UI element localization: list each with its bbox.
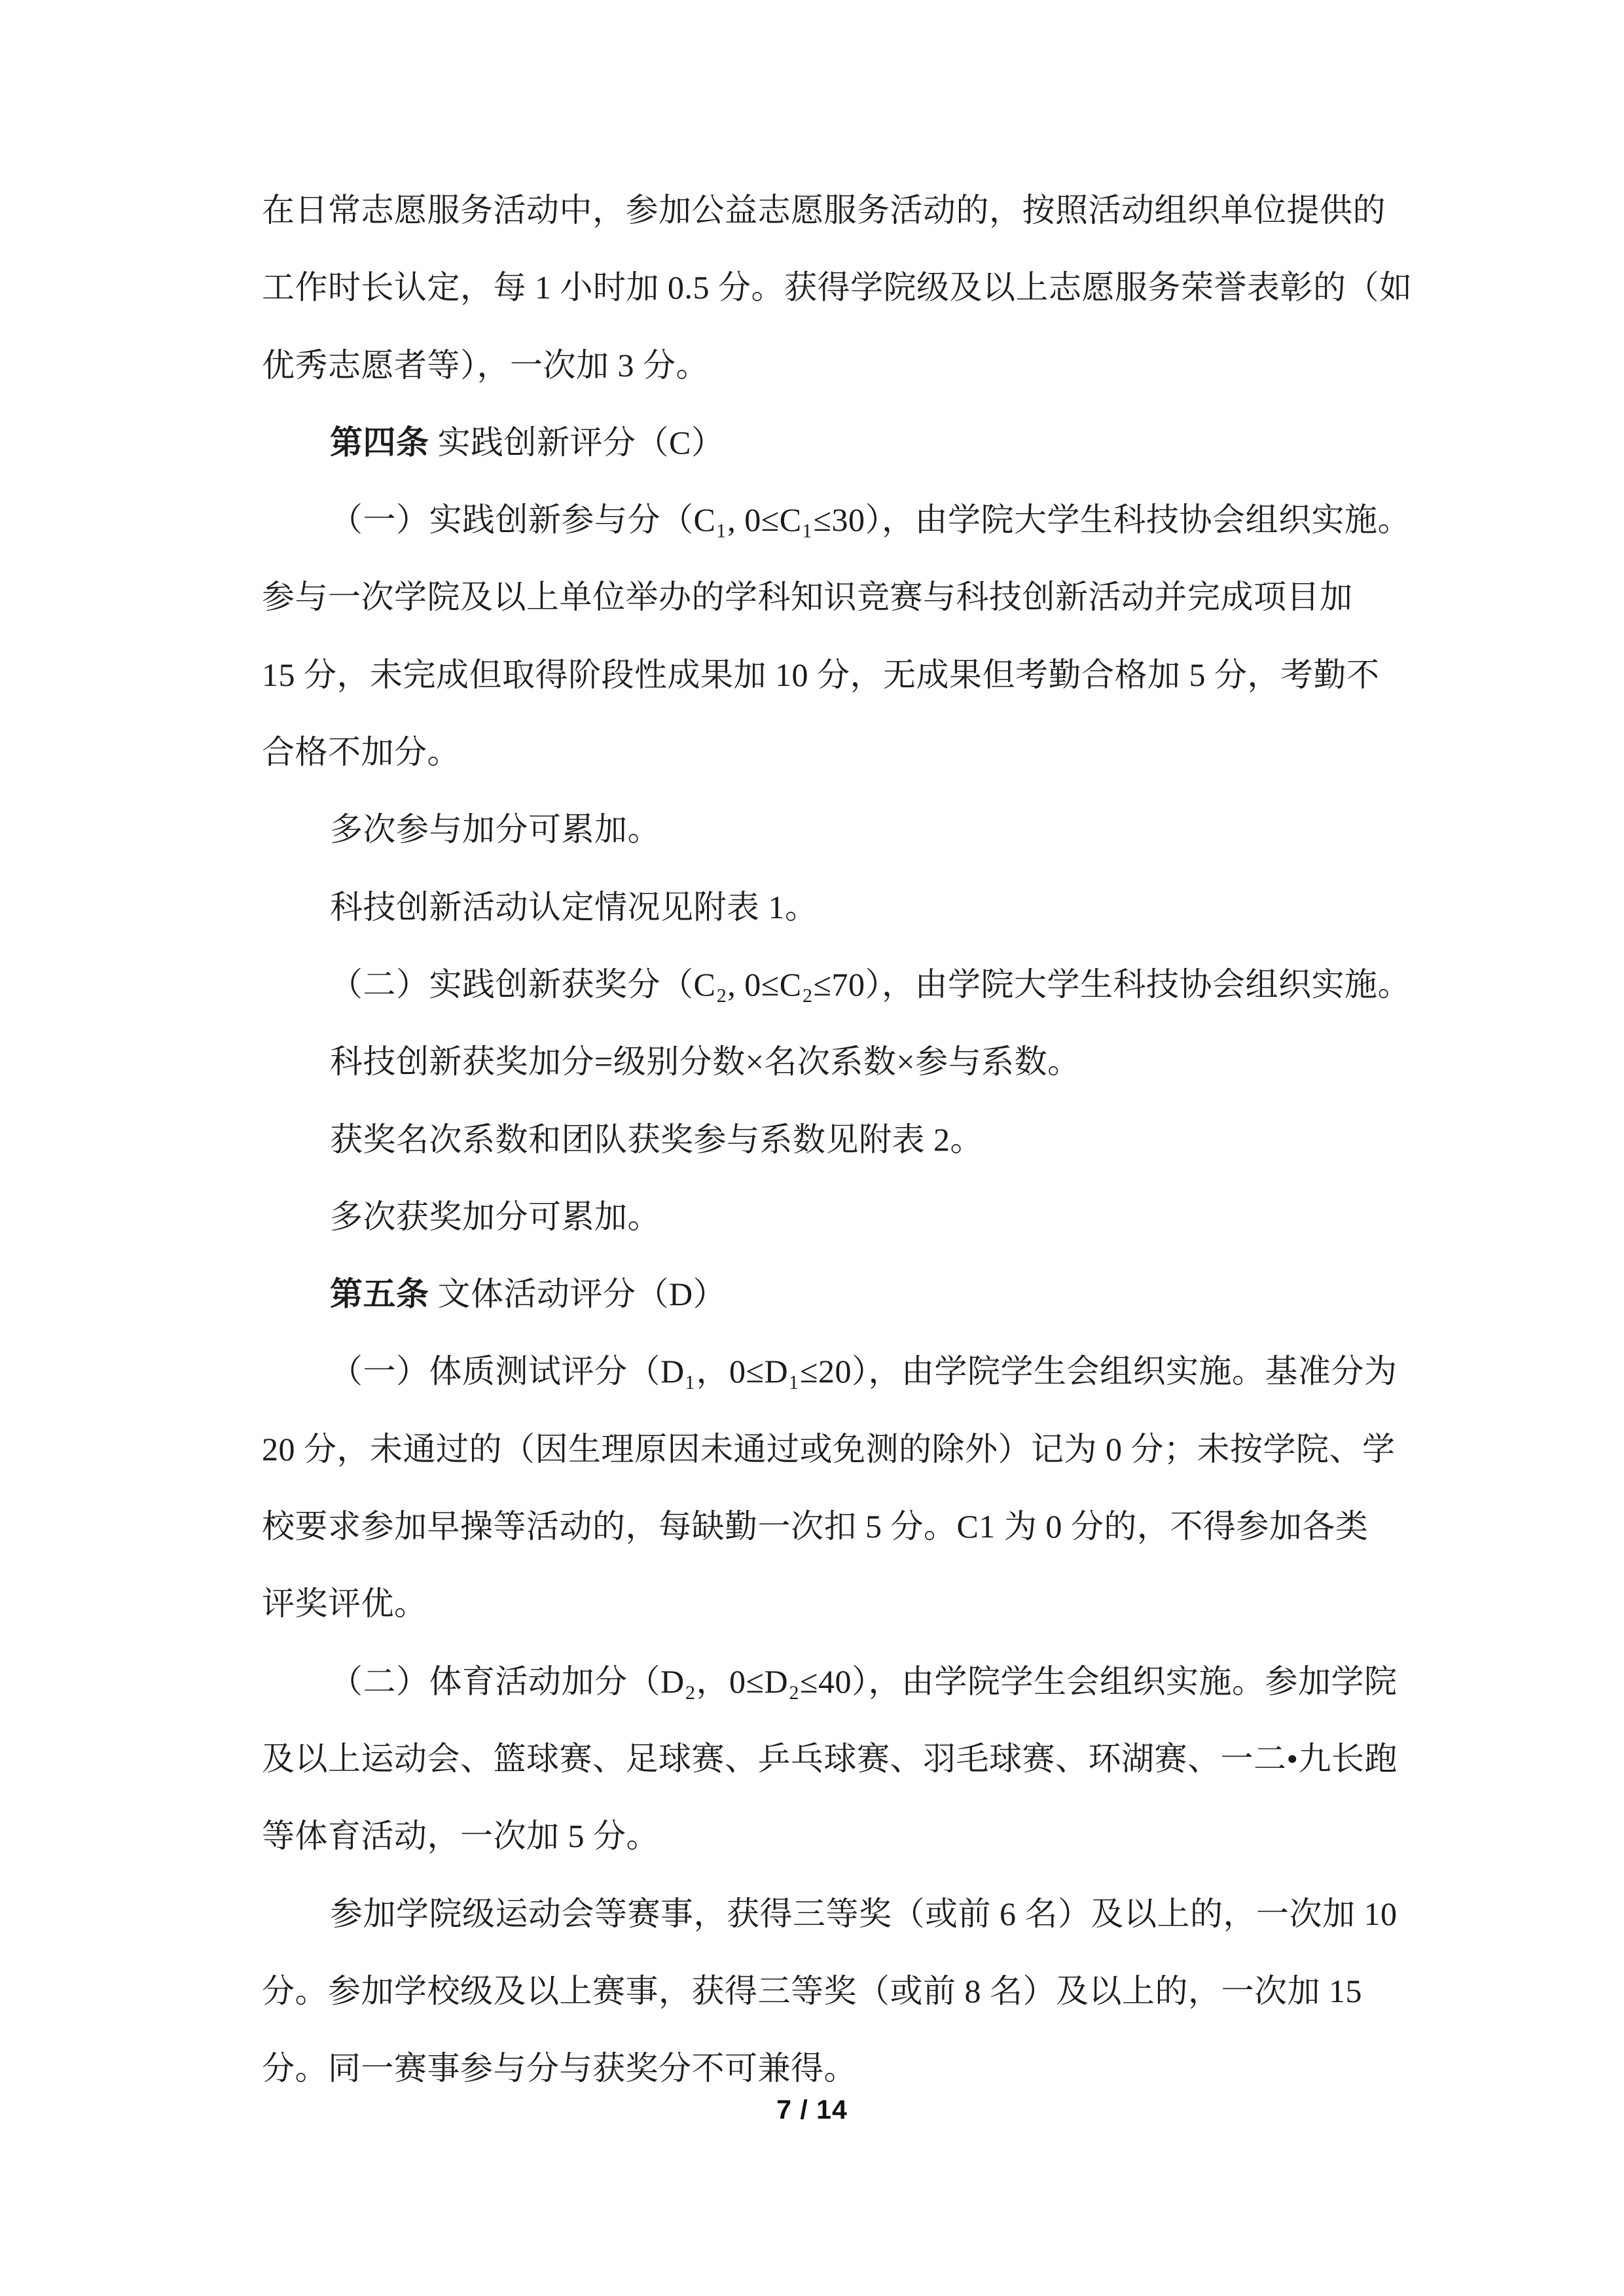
text-segment: （一）实践创新参与分（C₁, 0≤C₁≤30），由学院大学生科技协会组织实施。 xyxy=(330,501,1411,538)
text-segment: 参与一次学院及以上单位举办的学科知识竞赛与科技创新活动并完成项目加 xyxy=(262,579,1353,615)
article-heading-label: 第四条 xyxy=(330,424,429,461)
text-segment: 评奖评优。 xyxy=(262,1585,427,1622)
text-line: 获奖名次系数和团队获奖参与系数见附表 2。 xyxy=(262,1101,1375,1178)
text-line: 在日常志愿服务活动中，参加公益志愿服务活动的，按照活动组织单位提供的 xyxy=(262,171,1375,249)
text-segment: 参加学院级运动会等赛事，获得三等奖（或前 6 名）及以上的，一次加 10 xyxy=(330,1895,1398,1932)
text-segment: 实践创新评分（C） xyxy=(429,424,725,461)
text-segment: 在日常志愿服务活动中，参加公益志愿服务活动的，按照活动组织单位提供的 xyxy=(262,192,1386,228)
text-segment: （二）体育活动加分（D₂，0≤D₂≤40），由学院学生会组织实施。参加学院 xyxy=(330,1663,1397,1700)
text-line: （二）实践创新获奖分（C₂, 0≤C₂≤70），由学院大学生科技协会组织实施。 xyxy=(262,946,1375,1023)
text-segment: 优秀志愿者等），一次加 3 分。 xyxy=(262,347,709,384)
text-line: 校要求参加早操等活动的，每缺勤一次扣 5 分。C1 为 0 分的，不得参加各类 xyxy=(262,1488,1375,1565)
text-segment: 工作时长认定，每 1 小时加 0.5 分。获得学院级及以上志愿服务荣誉表彰的（如 xyxy=(262,269,1413,306)
text-segment: 科技创新活动认定情况见附表 1。 xyxy=(330,889,818,925)
text-segment: （一）体质测试评分（D₁，0≤D₁≤20），由学院学生会组织实施。基准分为 xyxy=(330,1353,1397,1390)
text-line: （二）体育活动加分（D₂，0≤D₂≤40），由学院学生会组织实施。参加学院 xyxy=(262,1643,1375,1720)
text-line: 第四条 实践创新评分（C） xyxy=(262,404,1375,481)
text-line: 等体育活动，一次加 5 分。 xyxy=(262,1797,1375,1874)
text-segment: 文体活动评分（D） xyxy=(429,1276,727,1312)
text-segment: 分。同一赛事参与分与获奖分不可兼得。 xyxy=(262,2050,857,2087)
text-line: 工作时长认定，每 1 小时加 0.5 分。获得学院级及以上志愿服务荣誉表彰的（如 xyxy=(262,249,1375,326)
document-page: 在日常志愿服务活动中，参加公益志愿服务活动的，按照活动组织单位提供的工作时长认定… xyxy=(0,0,1624,2296)
text-line: 科技创新获奖加分=级别分数×名次系数×参与系数。 xyxy=(262,1023,1375,1100)
text-line: （一）实践创新参与分（C₁, 0≤C₁≤30），由学院大学生科技协会组织实施。 xyxy=(262,481,1375,558)
text-segment: 15 分，未完成但取得阶段性成果加 10 分，无成果但考勤合格加 5 分，考勤不 xyxy=(262,656,1380,693)
text-segment: 合格不加分。 xyxy=(262,734,460,770)
text-line: 参加学院级运动会等赛事，获得三等奖（或前 6 名）及以上的，一次加 10 xyxy=(262,1875,1375,1952)
text-segment: 20 分，未通过的（因生理原因未通过或免测的除外）记为 0 分；未按学院、学 xyxy=(262,1431,1396,1467)
text-line: 参与一次学院及以上单位举办的学科知识竞赛与科技创新活动并完成项目加 xyxy=(262,558,1375,636)
text-segment: 等体育活动，一次加 5 分。 xyxy=(262,1818,659,1854)
article-heading-label: 第五条 xyxy=(330,1276,429,1312)
text-line: 多次获奖加分可累加。 xyxy=(262,1178,1375,1255)
text-line: 合格不加分。 xyxy=(262,713,1375,791)
text-line: （一）体质测试评分（D₁，0≤D₁≤20），由学院学生会组织实施。基准分为 xyxy=(262,1333,1375,1410)
page-number-footer: 7 / 14 xyxy=(0,2093,1624,2126)
text-line: 及以上运动会、篮球赛、足球赛、乒乓球赛、羽毛球赛、环湖赛、一二•九长跑 xyxy=(262,1720,1375,1797)
text-line: 评奖评优。 xyxy=(262,1565,1375,1642)
text-line: 第五条 文体活动评分（D） xyxy=(262,1255,1375,1333)
text-line: 20 分，未通过的（因生理原因未通过或免测的除外）记为 0 分；未按学院、学 xyxy=(262,1410,1375,1488)
text-segment: （二）实践创新获奖分（C₂, 0≤C₂≤70），由学院大学生科技协会组织实施。 xyxy=(330,966,1411,1003)
text-line: 分。参加学校级及以上赛事，获得三等奖（或前 8 名）及以上的，一次加 15 xyxy=(262,1952,1375,2030)
text-line: 多次参与加分可累加。 xyxy=(262,791,1375,868)
text-segment: 分。参加学校级及以上赛事，获得三等奖（或前 8 名）及以上的，一次加 15 xyxy=(262,1973,1362,2009)
document-body: 在日常志愿服务活动中，参加公益志愿服务活动的，按照活动组织单位提供的工作时长认定… xyxy=(262,171,1375,2107)
text-segment: 校要求参加早操等活动的，每缺勤一次扣 5 分。C1 为 0 分的，不得参加各类 xyxy=(262,1508,1368,1545)
text-segment: 获奖名次系数和团队获奖参与系数见附表 2。 xyxy=(330,1121,983,1158)
text-line: 科技创新活动认定情况见附表 1。 xyxy=(262,869,1375,946)
text-line: 15 分，未完成但取得阶段性成果加 10 分，无成果但考勤合格加 5 分，考勤不 xyxy=(262,636,1375,713)
text-segment: 及以上运动会、篮球赛、足球赛、乒乓球赛、羽毛球赛、环湖赛、一二•九长跑 xyxy=(262,1740,1398,1777)
text-segment: 多次获奖加分可累加。 xyxy=(330,1198,660,1235)
text-line: 优秀志愿者等），一次加 3 分。 xyxy=(262,327,1375,404)
text-segment: 科技创新获奖加分=级别分数×名次系数×参与系数。 xyxy=(330,1043,1081,1080)
text-segment: 多次参与加分可累加。 xyxy=(330,811,660,848)
